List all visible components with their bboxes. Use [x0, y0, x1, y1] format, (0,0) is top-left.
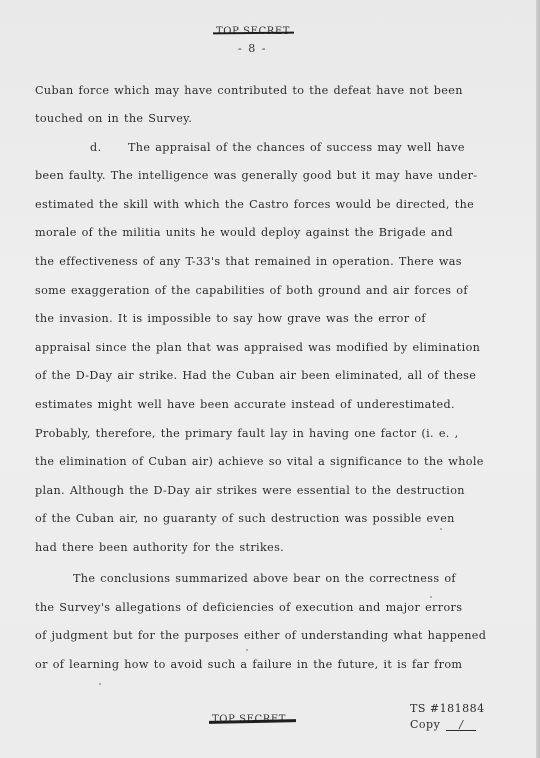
copy-number: /: [446, 719, 476, 731]
copy-label: Copy: [410, 718, 440, 731]
body-line: Probably, therefore, the primary fault l…: [35, 427, 459, 441]
body-line: plan. Although the D-Day air strikes wer…: [35, 484, 465, 498]
body-line: morale of the militia units he would dep…: [35, 226, 453, 240]
body-line: touched on in the Survey.: [35, 112, 192, 126]
paper-speck: [99, 683, 101, 685]
page-edge: [536, 0, 540, 758]
body-line: The conclusions summarized above bear on…: [73, 572, 456, 586]
body-line: been faulty. The intelligence was genera…: [35, 169, 477, 183]
body-line: the Survey's allegations of deficiencies…: [35, 601, 462, 615]
header-classification: TOP SECRET: [216, 26, 290, 37]
body-line: The appraisal of the chances of success …: [128, 141, 465, 155]
body-line: the invasion. It is impossible to say ho…: [35, 312, 426, 326]
control-block: TS #181884 Copy/: [410, 701, 485, 733]
body-line: some exaggeration of the capabilities of…: [35, 284, 468, 298]
copy-line: Copy/: [410, 717, 485, 733]
strikethrough-line: [213, 31, 294, 34]
body-line: of the Cuban air, no guaranty of such de…: [35, 512, 455, 526]
body-line: of judgment but for the purposes either …: [35, 629, 486, 643]
body-line: estimated the skill with which the Castr…: [35, 198, 474, 212]
paper-speck: [440, 528, 442, 530]
body-line: estimates might well have been accurate …: [35, 398, 455, 412]
body-line: the effectiveness of any T-33's that rem…: [35, 255, 462, 269]
body-line: the elimination of Cuban air) achieve so…: [35, 455, 484, 469]
paragraph-label-d: d.: [90, 141, 102, 154]
body-line: had there been authority for the strikes…: [35, 541, 284, 555]
paper-speck: [246, 649, 248, 651]
document-page: TOP SECRET - 8 - Cuban force which may h…: [0, 0, 536, 758]
footer-classification: TOP SECRET: [212, 714, 286, 725]
body-line: appraisal since the plan that was apprai…: [35, 341, 480, 355]
body-line: of the D-Day air strike. Had the Cuban a…: [35, 369, 476, 383]
body-line: or of learning how to avoid such a failu…: [35, 658, 462, 672]
page-number: - 8 -: [238, 42, 267, 55]
paper-speck: [430, 596, 432, 598]
body-line: Cuban force which may have contributed t…: [35, 84, 463, 98]
control-number: TS #181884: [410, 701, 485, 717]
